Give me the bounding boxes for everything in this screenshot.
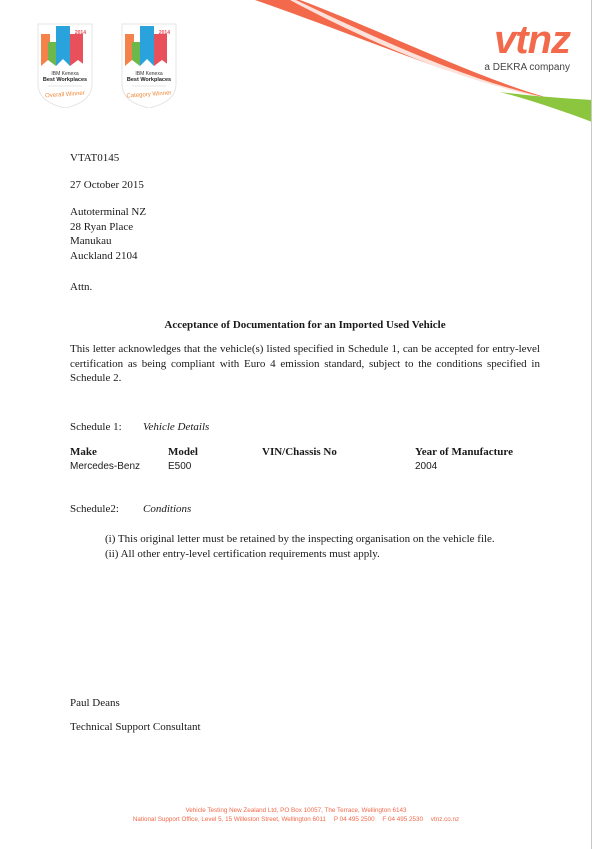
letter-page: 2014 IBM Kenexa Best Workplaces Overall … [0, 0, 600, 849]
attention-line: Attn. [70, 280, 92, 294]
footer-company-line: Vehicle Testing New Zealand Ltd, PO Box … [0, 807, 592, 814]
cell-year: 2004 [415, 461, 437, 472]
schedule-title: Conditions [143, 503, 191, 515]
letter-title: Acceptance of Documentation for an Impor… [70, 319, 540, 331]
award-badge-overall: 2014 IBM Kenexa Best Workplaces Overall … [34, 22, 96, 108]
badge-line2: Best Workplaces [118, 77, 180, 83]
reference-number: VTAT0145 [70, 151, 119, 165]
schedule-label: Schedule2: [70, 503, 143, 515]
cell-make: Mercedes-Benz [70, 461, 140, 472]
letter-body: This letter acknowledges that the vehicl… [70, 342, 540, 386]
schedule-2-heading: Schedule2:Conditions [70, 503, 191, 515]
page-edge-divider [591, 0, 592, 849]
address-line: Auckland 2104 [70, 249, 146, 264]
cell-model: E500 [168, 461, 191, 472]
schedule-1-heading: Schedule 1:Vehicle Details [70, 421, 209, 433]
footer-fax: F 04 495 2530 [382, 816, 423, 823]
address-line: Manukau [70, 234, 146, 249]
footer-contact-line: National Support Office, Level 5, 15 Wil… [0, 816, 592, 823]
logo-tagline: a DEKRA company [470, 62, 570, 73]
footer-address: National Support Office, Level 5, 15 Wil… [133, 816, 326, 823]
address-line: Autoterminal NZ [70, 205, 146, 220]
badge-year: 2014 [75, 30, 86, 36]
column-header-make: Make [70, 446, 97, 458]
footer-phone: P 04 495 2500 [334, 816, 375, 823]
letter-date: 27 October 2015 [70, 178, 144, 192]
logo-wordmark: vtnz [470, 20, 570, 60]
footer-website[interactable]: vtnz.co.nz [431, 816, 459, 823]
schedule-title: Vehicle Details [143, 421, 209, 433]
condition-item: (i) This original letter must be retaine… [105, 533, 495, 545]
badge-line2: Best Workplaces [34, 77, 96, 83]
signatory-name: Paul Deans [70, 697, 120, 709]
column-header-year: Year of Manufacture [415, 446, 513, 458]
vtnz-logo: vtnz a DEKRA company [470, 20, 570, 73]
column-header-vin: VIN/Chassis No [262, 446, 337, 458]
signatory-title: Technical Support Consultant [70, 721, 201, 733]
badge-year: 2014 [159, 30, 170, 36]
recipient-address: Autoterminal NZ 28 Ryan Place Manukau Au… [70, 205, 146, 263]
award-badge-category: 2014 IBM Kenexa Best Workplaces Category… [118, 22, 180, 108]
address-line: 28 Ryan Place [70, 220, 146, 235]
condition-item: (ii) All other entry-level certification… [105, 548, 380, 560]
schedule-label: Schedule 1: [70, 421, 143, 433]
column-header-model: Model [168, 446, 198, 458]
